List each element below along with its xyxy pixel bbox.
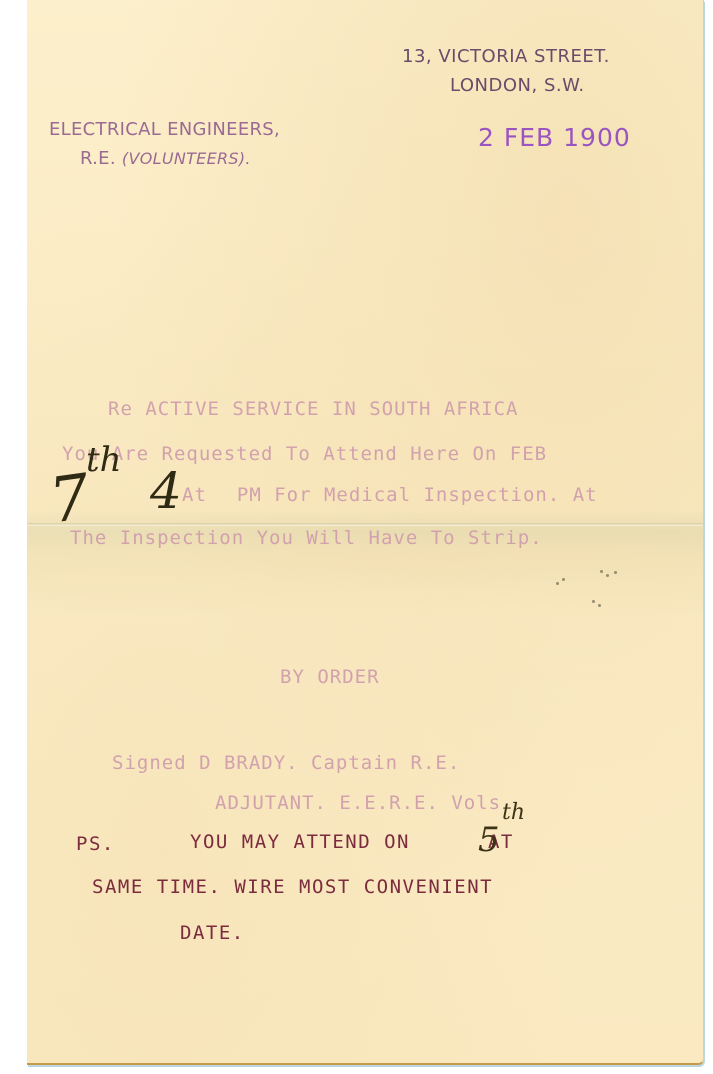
handwritten-day-suffix: th	[86, 440, 122, 480]
handwritten-alt-day-suffix: th	[502, 800, 525, 825]
handwritten-alt-day: 5	[478, 820, 500, 860]
organization-line-2: R.E. (VOLUNTEERS).	[80, 148, 251, 169]
handwritten-hour: 4	[150, 462, 182, 520]
organization-line-1: ELECTRICAL ENGINEERS,	[49, 119, 280, 140]
request-line: You Are Requested To Attend Here On FEB	[62, 443, 547, 465]
by-order: BY ORDER	[280, 666, 380, 688]
org-abbreviation: R.E.	[80, 148, 116, 169]
time-line: AtPM For Medical Inspection. At	[182, 484, 598, 506]
ps-line-3: DATE.	[180, 922, 245, 944]
instruction-line: The Inspection You Will Have To Strip.	[70, 527, 543, 549]
adjutant-line: ADJUTANT. E.E.R.E. Vols	[215, 792, 501, 814]
time-suffix: PM For Medical Inspection. At	[237, 484, 598, 506]
ink-specks	[548, 562, 638, 612]
date-stamp: 2 FEB 1900	[478, 123, 631, 152]
ps-line-1-prefix: YOU MAY ATTEND ON	[190, 831, 410, 853]
ps-label: PS.	[76, 833, 115, 855]
fold-crease	[27, 523, 703, 526]
address-line-1: 13, VICTORIA STREET.	[402, 46, 610, 67]
ps-line-2: SAME TIME. WIRE MOST CONVENIENT	[92, 876, 493, 898]
time-prefix: At	[182, 484, 207, 506]
org-volunteers: (VOLUNTEERS).	[122, 149, 251, 168]
subject-line: Re ACTIVE SERVICE IN SOUTH AFRICA	[108, 398, 519, 420]
signed-line: Signed D BRADY. Captain R.E.	[112, 752, 460, 774]
ps-line-1: YOU MAY ATTEND ONAT	[190, 831, 514, 853]
address-line-2: LONDON, S.W.	[450, 75, 585, 96]
